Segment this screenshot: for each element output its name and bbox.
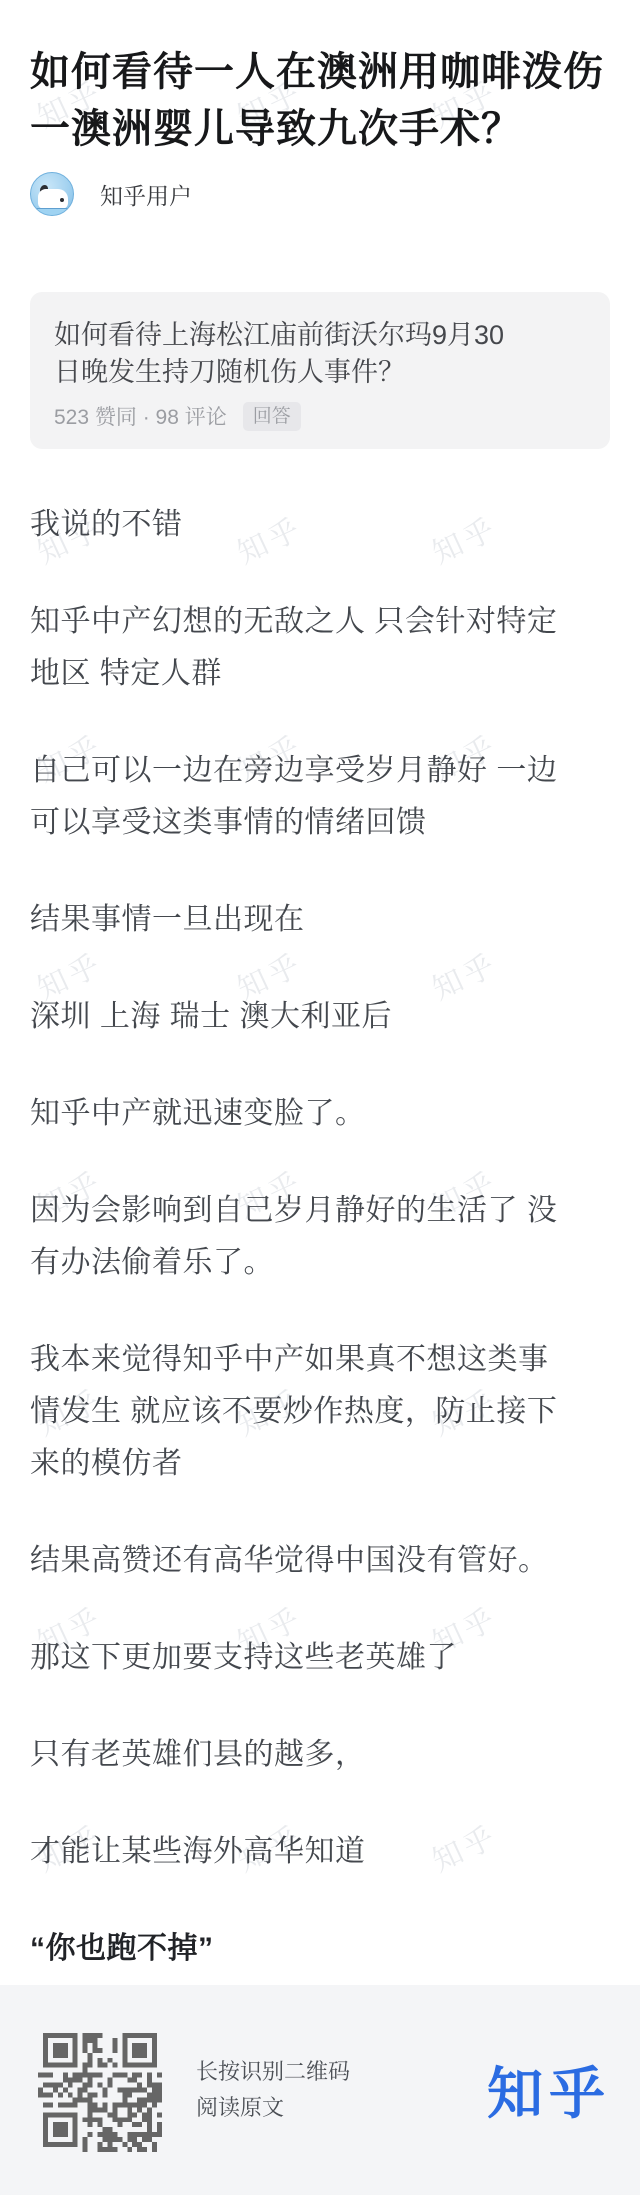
answer-body: 我说的不错知乎中产幻想的无敌之人 只会针对特定地区 特定人群自己可以一边在旁边享… [30,499,610,1975]
highlight-line: “你也跑不掉” [30,1923,568,1975]
paragraph: 结果事情一旦出现在 [30,894,568,946]
zhihu-logo: 知乎 [487,2050,615,2130]
paragraph: 深圳 上海 瑞士 澳大利亚后 [30,991,568,1043]
quoted-question-card[interactable]: 如何看待上海松江庙前街沃尔玛9月30日晚发生持刀随机伤人事件？ 523 赞同 ·… [30,292,610,449]
paragraph: 知乎中产幻想的无敌之人 只会针对特定地区 特定人群 [30,596,568,700]
paragraph: 我说的不错 [30,499,568,551]
article-page: 知乎知乎知乎知乎知乎知乎知乎知乎知乎知乎知乎知乎知乎知乎知乎知乎知乎知乎知乎知乎… [0,0,640,2195]
quote-stats: 523 赞同 · 98 评论 [54,401,227,431]
paragraph: 那这下更加要支持这些老英雄了 [30,1632,568,1684]
footer-hint: 长按识别二维码 阅读原文 [196,2054,350,2126]
quoted-question-title[interactable]: 如何看待上海松江庙前街沃尔玛9月30日晚发生持刀随机伤人事件？ [54,317,519,391]
paragraph: 我本来觉得知乎中产如果真不想这类事情发生 就应该不要炒作热度，防止接下来的模仿者 [30,1334,568,1490]
paragraph: 只有老英雄们县的越多， [30,1729,568,1781]
quoted-question-meta: 523 赞同 · 98 评论 回答 [54,401,586,431]
paragraph: 自己可以一边在旁边享受岁月静好 一边可以享受这类事情的情绪回馈 [30,745,568,849]
footer-hint-line1: 长按识别二维码 [196,2054,350,2090]
paragraph: 才能让某些海外高华知道 [30,1826,568,1878]
answer-badge: 回答 [243,402,301,431]
author-name[interactable]: 知乎用户 [100,178,192,211]
fox-nose-shape [60,198,64,202]
avatar[interactable] [30,172,74,216]
paragraph: 知乎中产就迅速变脸了。 [30,1088,568,1140]
paragraph: 因为会影响到自己岁月静好的生活了 没有办法偷着乐了。 [30,1185,568,1289]
author-row[interactable]: 知乎用户 [30,172,610,216]
footer-hint-line2: 阅读原文 [196,2090,350,2126]
water-shape [31,208,73,216]
qr-code[interactable] [38,2028,162,2152]
footer-bar: 长按识别二维码 阅读原文 知乎 [0,1985,640,2195]
paragraph: 结果高赞还有高华觉得中国没有管好。 [30,1535,568,1587]
page-title: 如何看待一人在澳洲用咖啡泼伤一澳洲婴儿导致九次手术？ [30,44,610,158]
